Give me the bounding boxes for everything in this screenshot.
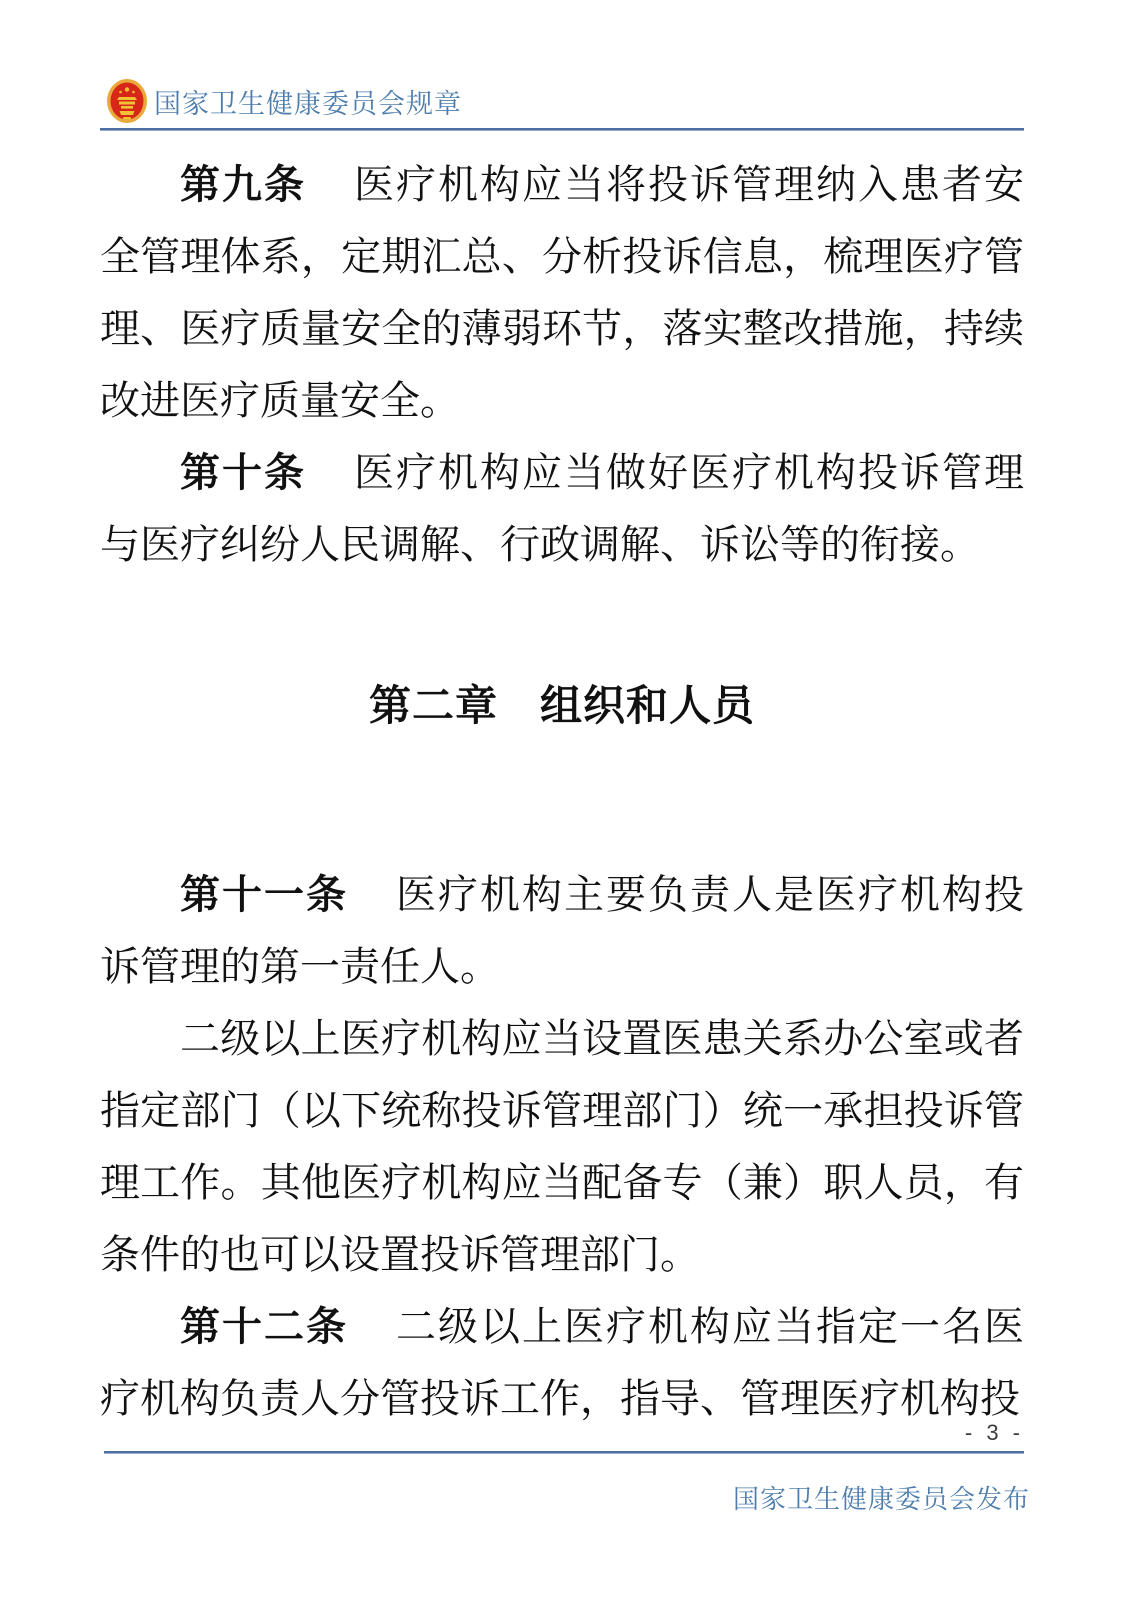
chapter-number: 第二章: [369, 682, 498, 729]
publisher-line: 国家卫生健康委员会发布: [733, 1479, 1030, 1516]
article-number: 第十一条: [180, 873, 348, 917]
article-number: 第九条: [180, 163, 306, 207]
header-brand: 国家卫生健康委员会规章: [106, 78, 462, 125]
article-paragraph: 第十一条医疗机构主要负责人是医疗机构投诉管理的第一责任人。: [100, 859, 1024, 1003]
article-paragraph: 二级以上医疗机构应当设置医患关系办公室或者指定部门（以下统称投诉管理部门）统一承…: [100, 1003, 1024, 1291]
chapter-heading: 第二章组织和人员: [100, 670, 1024, 742]
chapter-title: 组织和人员: [540, 682, 755, 729]
article-number: 第十条: [180, 451, 306, 495]
page-number: - 3 -: [965, 1420, 1024, 1446]
header-rule: [100, 128, 1024, 131]
document-page: 国家卫生健康委员会规章 第九条医疗机构应当将投诉管理纳入患者安全管理体系，定期汇…: [0, 0, 1132, 1600]
article-paragraph: 第九条医疗机构应当将投诉管理纳入患者安全管理体系，定期汇总、分析投诉信息，梳理医…: [100, 149, 1024, 437]
article-paragraph: 第十二条二级以上医疗机构应当指定一名医疗机构负责人分管投诉工作，指导、管理医疗机…: [100, 1291, 1024, 1435]
footer-rule: [104, 1451, 1024, 1454]
article-number: 第十二条: [180, 1305, 348, 1349]
document-body: 第九条医疗机构应当将投诉管理纳入患者安全管理体系，定期汇总、分析投诉信息，梳理医…: [100, 149, 1024, 1435]
article-paragraph: 第十条医疗机构应当做好医疗机构投诉管理与医疗纠纷人民调解、行政调解、诉讼等的衔接…: [100, 437, 1024, 581]
article-text: 二级以上医疗机构应当设置医患关系办公室或者指定部门（以下统称投诉管理部门）统一承…: [100, 1016, 1024, 1277]
header-title: 国家卫生健康委员会规章: [154, 82, 462, 121]
china-national-emblem-icon: [106, 78, 148, 125]
